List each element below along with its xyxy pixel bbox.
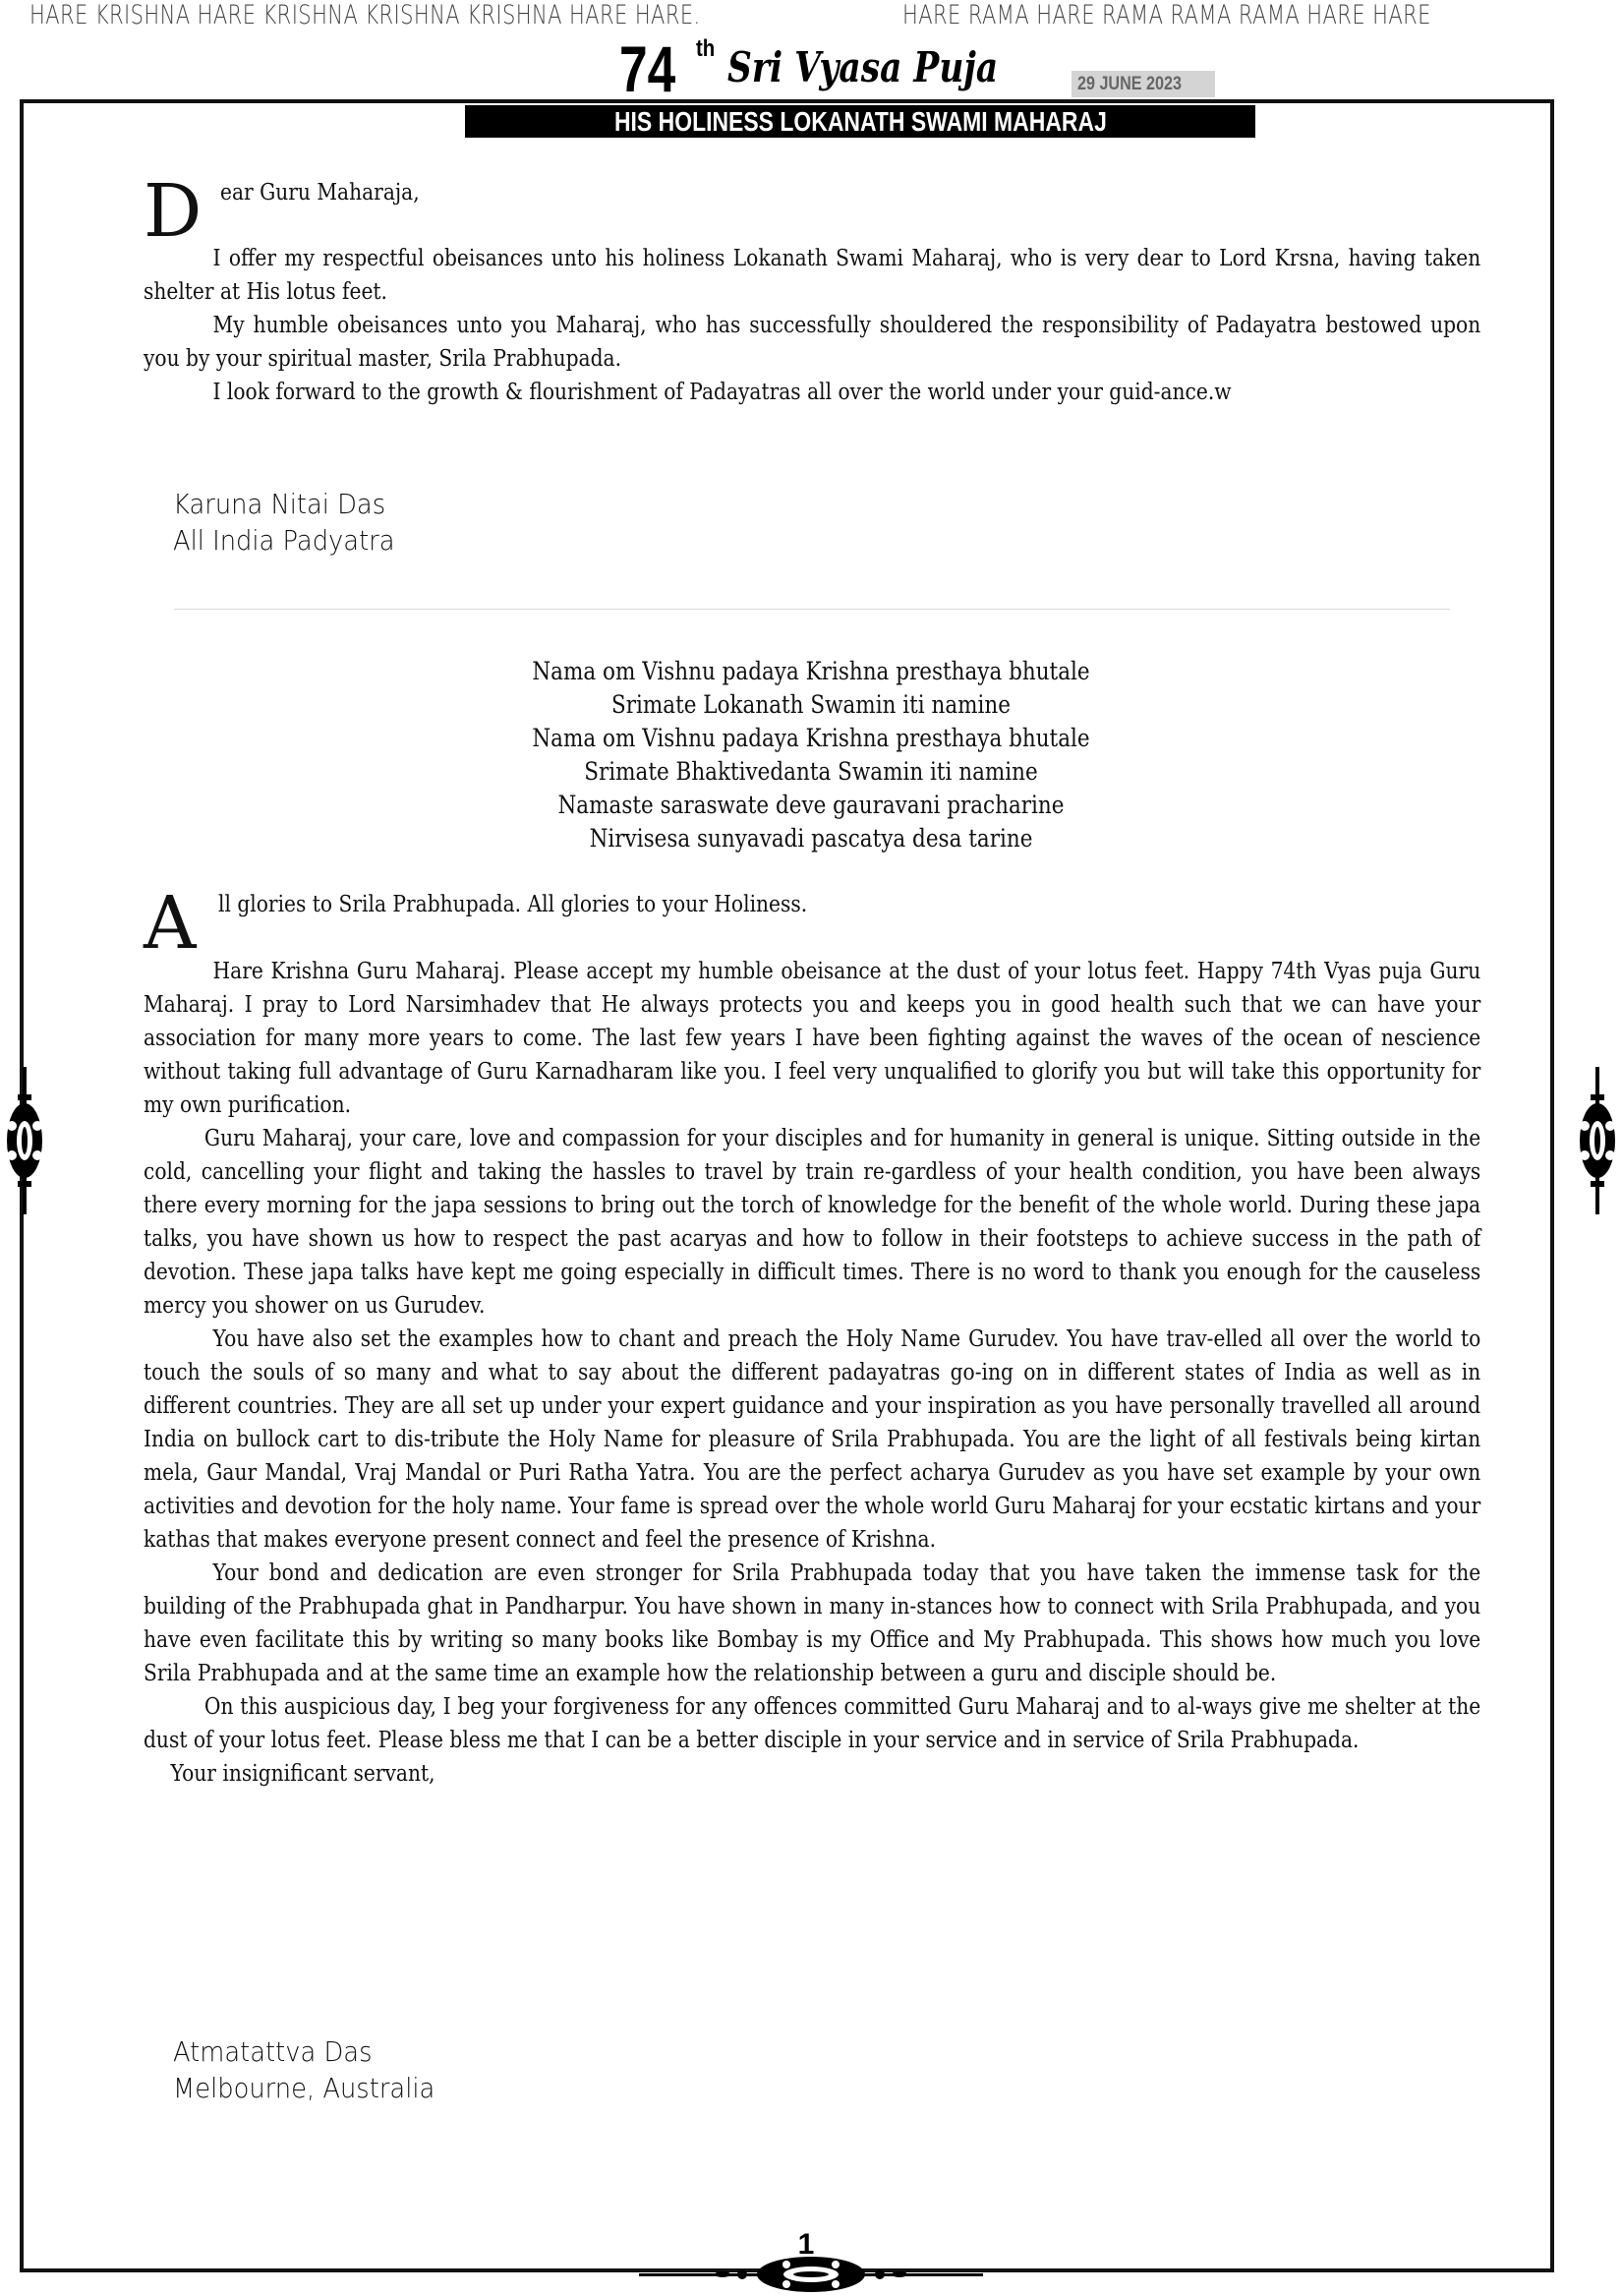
date-text: 29 JUNE 2023 [1077, 73, 1182, 95]
mantra-header: HARE KRISHNA HARE KRISHNA KRISHNA KRISHN… [0, 0, 1622, 33]
verse-line: Nirvisesa sunyavadi pascatya desa tarine [469, 822, 1154, 855]
paragraph: Hare Krishna Guru Maharaj. Please accept… [144, 954, 1480, 1121]
verse-line: Srimate Lokanath Swamin iti namine [469, 688, 1154, 722]
bottom-scroll-ornament-icon [639, 2247, 983, 2296]
right-scroll-ornament-icon [1573, 1067, 1622, 1214]
paragraph: Your bond and dedication are even strong… [144, 1556, 1480, 1689]
banner-text: HIS HOLINESS LOKANATH SWAMI MAHARAJ [614, 105, 1107, 138]
signature-block-2: Atmatattva Das Melbourne, Australia [173, 2033, 434, 2106]
signature-block-1: Karuna Nitai Das All India Padyatra [173, 486, 395, 559]
letter2-body: Hare Krishna Guru Maharaj. Please accept… [144, 954, 1480, 1790]
title-number: 74 [619, 39, 675, 98]
mantra-left: HARE KRISHNA HARE KRISHNA KRISHNA KRISHN… [29, 0, 701, 30]
dropcap: A [144, 887, 196, 960]
verse-line: Nama om Vishnu padaya Krishna presthaya … [469, 722, 1154, 755]
paragraph: Guru Maharaj, your care, love and compas… [144, 1121, 1480, 1322]
signature-place: All India Padyatra [173, 522, 395, 559]
signature-name: Atmatattva Das [173, 2033, 434, 2070]
section-divider [174, 609, 1450, 610]
left-scroll-ornament-icon [0, 1067, 49, 1214]
verse-line: Srimate Bhaktivedanta Swamin iti namine [469, 755, 1154, 789]
pranam-mantras: Nama om Vishnu padaya Krishna presthaya … [413, 655, 1209, 855]
signature-place: Melbourne, Australia [173, 2070, 434, 2106]
title-superscript: th [696, 35, 715, 63]
paragraph: You have also set the examples how to ch… [144, 1322, 1480, 1556]
closing: Your insignificant servant, [144, 1756, 1480, 1790]
paragraph: My humble obeisances unto you Maharaj, w… [144, 308, 1480, 375]
name-banner: HIS HOLINESS LOKANATH SWAMI MAHARAJ [465, 105, 1255, 138]
signature-name: Karuna Nitai Das [173, 486, 395, 522]
paragraph: On this auspicious day, I beg your forgi… [144, 1689, 1480, 1756]
mantra-right: HARE RAMA HARE RAMA RAMA RAMA HARE HARE [902, 0, 1431, 30]
opening-line: ll glories to Srila Prabhupada. All glor… [218, 887, 807, 920]
date-badge: 29 JUNE 2023 [1072, 71, 1215, 97]
paragraph: I look forward to the growth & flourishm… [144, 375, 1480, 408]
title-text: Sri Vyasa Puja [727, 43, 998, 92]
verse-line: Nama om Vishnu padaya Krishna presthaya … [469, 655, 1154, 688]
letter1-body: I offer my respectful obeisances unto hi… [144, 241, 1480, 408]
salutation: ear Guru Maharaja, [220, 175, 420, 208]
verse-line: Namaste saraswate deve gauravani prachar… [469, 789, 1154, 822]
dropcap: D [144, 175, 202, 248]
paragraph: I offer my respectful obeisances unto hi… [144, 241, 1480, 308]
